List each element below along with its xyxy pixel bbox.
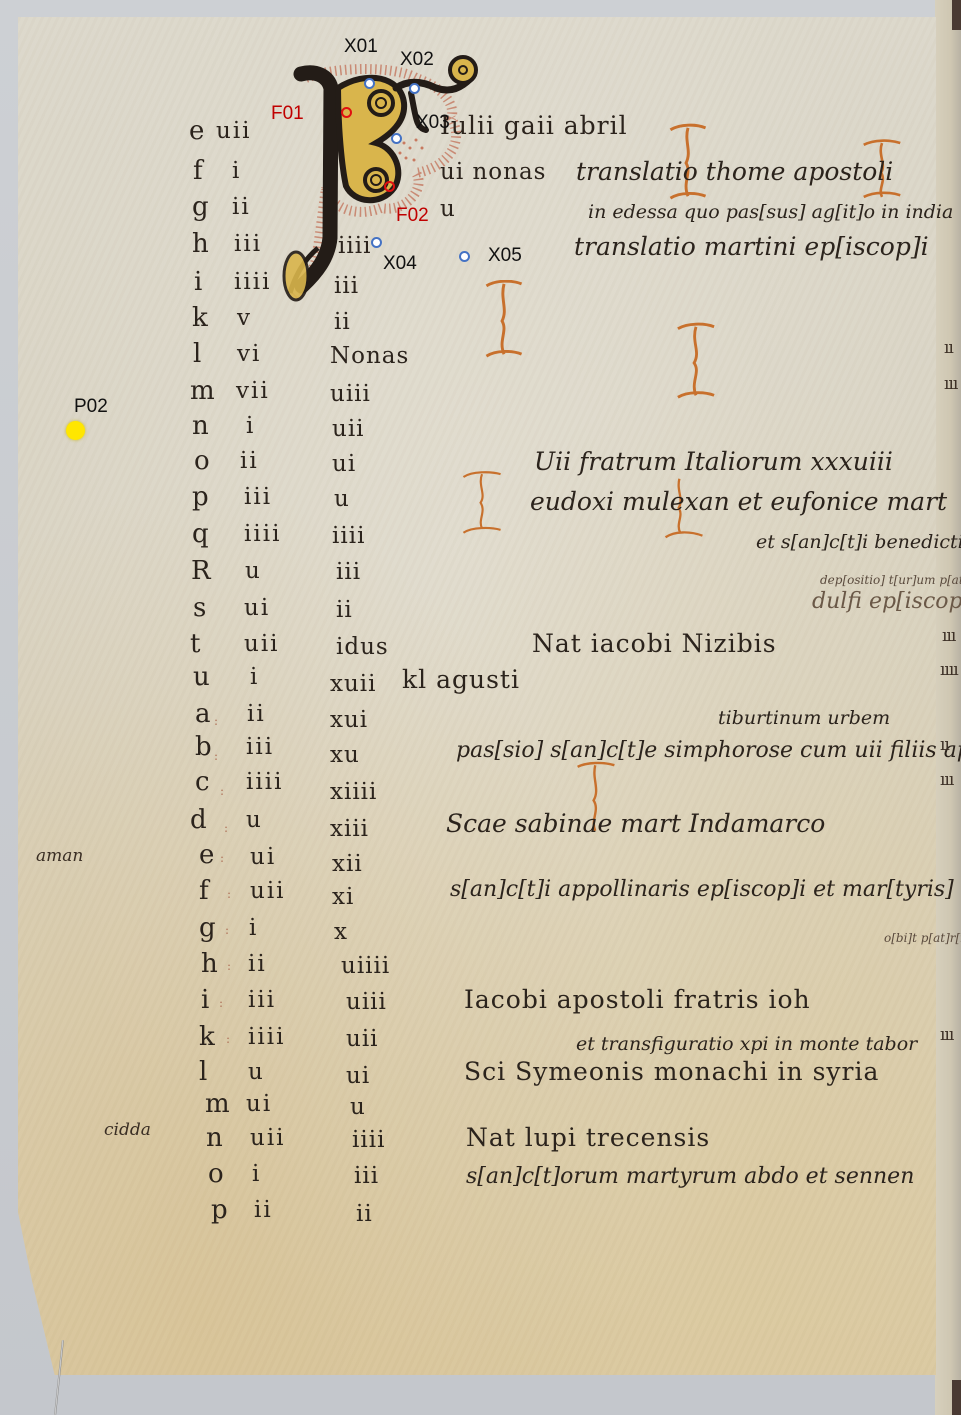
epact-number: i [252, 1160, 261, 1188]
rubric-dots: : [227, 960, 231, 972]
feast-entry: s[an]c[t]i appollinaris ep[iscop]i et ma… [450, 876, 961, 904]
roman-day: uiii [330, 380, 371, 408]
margin-note-left: aman [36, 846, 83, 866]
feast-entry: s[an]c[t]orum martyrum abdo et sennen [466, 1163, 914, 1191]
roman-day: u [440, 195, 456, 223]
rubric-dots: : [214, 750, 218, 762]
point-marker-x03[interactable] [391, 133, 402, 144]
dominical-letter: n [206, 1124, 224, 1152]
roman-day: iiii [332, 522, 365, 550]
epact-number: iii [248, 986, 276, 1014]
dominical-letter: u [193, 663, 211, 691]
roman-day: ii [336, 596, 353, 624]
dominical-letter: c [195, 768, 211, 796]
rubric-dots: : [220, 852, 224, 864]
rubric-dots: : [214, 715, 218, 727]
next-leaf-text: ıı [940, 735, 949, 755]
epact-number: ii [247, 700, 266, 728]
dominical-letter: k [199, 1023, 216, 1051]
rubric-dots: : [227, 888, 231, 900]
roman-day: xiii [330, 815, 369, 843]
feast-entry: Nat iacobi Nizibis [532, 630, 777, 658]
feast-entry: et s[an]c[t]i benedicti mo [756, 528, 961, 556]
point-label-x03: X03 [416, 113, 450, 133]
dominical-letter: m [205, 1090, 231, 1118]
epact-number: iiii [246, 768, 283, 796]
feast-entry: translatio thome apostoli [576, 158, 893, 186]
next-leaf-text: ıı [944, 338, 953, 358]
feast-entry: tiburtinum urbem [718, 704, 890, 732]
margin-note-left: cidda [104, 1120, 151, 1140]
epact-number: iiii [244, 520, 281, 548]
roman-day: uiiii [341, 952, 390, 980]
dominical-letter: e [189, 117, 205, 145]
roman-day: xi [332, 883, 354, 911]
dominical-letter: i [194, 268, 203, 296]
epact-number: ii [240, 447, 259, 475]
epact-number: ui [246, 1090, 272, 1118]
epact-number: u [248, 1058, 265, 1086]
epact-number: uii [244, 630, 280, 658]
binding-strip-bottom [952, 1380, 961, 1415]
epact-number: ui [250, 843, 276, 871]
feast-entry: pas[sio] s[an]c[t]e simphorose cum uii f… [456, 737, 961, 765]
margin-note-right: dulfi ep[iscop]i [812, 588, 961, 616]
epact-number: uii [216, 117, 252, 145]
dominical-letter: d [190, 806, 208, 834]
roman-day: uii [346, 1025, 379, 1053]
roman-day: ui [332, 450, 356, 478]
epact-number: iiii [234, 268, 271, 296]
epact-number: i [249, 914, 258, 942]
epact-number: vi [237, 340, 261, 368]
dominical-letter: o [194, 447, 211, 475]
dominical-letter: a [195, 700, 212, 728]
rubric-dots: : [225, 924, 229, 936]
roman-day: iii [336, 558, 361, 586]
rubric-dots: : [220, 785, 224, 797]
roman-day: xui [330, 706, 368, 734]
point-marker-p02[interactable] [66, 421, 85, 440]
dominical-letter: p [211, 1196, 229, 1224]
roman-day: x [334, 918, 348, 946]
next-leaf-text: ıııı [940, 660, 958, 680]
point-label-f01: F01 [271, 104, 304, 124]
dominical-letter: g [199, 914, 217, 942]
roman-day: iiii [338, 232, 371, 260]
roman-day: Nonas [330, 342, 409, 370]
point-marker-x02[interactable] [409, 83, 420, 94]
feast-entry: Iacobi apostoli fratris ioh [464, 986, 811, 1014]
epact-number: ii [232, 193, 251, 221]
dominical-letter: m [190, 377, 216, 405]
epact-number: u [246, 806, 263, 834]
rubric-i-5 [462, 462, 502, 542]
roman-day: xu [330, 741, 360, 769]
dominical-letter: t [190, 630, 201, 658]
roman-day: iiii [352, 1126, 385, 1154]
dominical-letter: h [192, 230, 210, 258]
dominical-letter: q [192, 520, 210, 548]
dominical-letter: p [192, 483, 210, 511]
feast-entry: in edessa quo pas[sus] ag[it]o in india [588, 198, 953, 226]
epact-number: iiii [248, 1023, 285, 1051]
epact-number: iii [246, 733, 274, 761]
roman-day: ui nonas [440, 158, 546, 186]
dominical-letter: k [192, 304, 209, 332]
roman-day: xiiii [330, 778, 377, 806]
feast-entry: Sci Symeonis monachi in syria [464, 1058, 879, 1086]
roman-day: u [350, 1093, 366, 1121]
next-leaf-text: ııı [940, 1025, 953, 1045]
dominical-letter: n [192, 412, 210, 440]
roman-day: iii [334, 272, 359, 300]
epact-number: uii [250, 1124, 286, 1152]
feast-entry: translatio martini ep[iscop]i [574, 233, 929, 261]
point-marker-f01[interactable] [341, 107, 352, 118]
point-label-f02: F02 [396, 206, 429, 226]
roman-day: idus [336, 633, 389, 661]
epact-number: ii [248, 950, 267, 978]
rubric-dots: : [219, 997, 223, 1009]
point-label-p02: P02 [74, 397, 108, 417]
dominical-letter: s [193, 594, 207, 622]
point-label-x01: X01 [344, 37, 378, 57]
epact-number: v [237, 304, 252, 332]
roman-day: ii [334, 308, 351, 336]
epact-number: iii [234, 230, 262, 258]
rubric-i-4 [676, 322, 716, 402]
point-marker-x05[interactable] [459, 251, 470, 262]
dominical-letter: b [195, 733, 213, 761]
epact-number: i [246, 412, 255, 440]
dominical-letter: i [201, 986, 210, 1014]
point-label-x02: X02 [400, 50, 434, 70]
epact-number: ui [244, 594, 270, 622]
next-leaf-text: ııı [942, 626, 955, 646]
binding-strip-top [952, 0, 961, 30]
epact-number: vii [236, 377, 270, 405]
point-marker-f02[interactable] [384, 181, 395, 192]
epact-number: u [245, 557, 262, 585]
epact-number: ii [254, 1196, 273, 1224]
point-marker-x01[interactable] [364, 78, 375, 89]
point-label-x04: X04 [383, 254, 417, 274]
dominical-letter: h [201, 950, 219, 978]
epact-number: i [250, 663, 259, 691]
feast-entry: et transfiguratio xpi in monte tabor [576, 1030, 917, 1058]
feast-entry: kl agusti [402, 666, 520, 694]
roman-day: xii [332, 850, 363, 878]
margin-note-right: o[bi]t p[at]r[is] [884, 924, 961, 952]
feast-entry: Iulii gaii abril [440, 112, 628, 140]
roman-day: u [334, 485, 350, 513]
roman-day: ii [356, 1200, 373, 1228]
dominical-letter: o [208, 1160, 225, 1188]
rubric-i-3 [484, 280, 524, 360]
feast-entry: eudoxi mulexan et eufonice mart [530, 488, 947, 516]
feast-entry: Scae sabinae mart Indamarco [446, 810, 825, 838]
next-leaf-text: ııı [944, 374, 957, 394]
point-marker-x04[interactable] [371, 237, 382, 248]
rubric-dots: : [226, 1033, 230, 1045]
epact-number: iii [244, 483, 272, 511]
epact-number: i [232, 157, 241, 185]
feast-entry: Nat lupi trecensis [466, 1124, 710, 1152]
roman-day: iii [354, 1162, 379, 1190]
dominical-letter: g [192, 193, 210, 221]
rubric-dots: : [224, 822, 228, 834]
epact-number: uii [250, 877, 286, 905]
dominical-letter: e [199, 841, 215, 869]
dominical-letter: f [193, 157, 204, 185]
dominical-letter: l [199, 1058, 208, 1086]
dominical-letter: f [199, 877, 210, 905]
dominical-letter: R [191, 557, 212, 585]
feast-entry: Uii fratrum Italiorum xxxuiii [534, 448, 893, 476]
roman-day: xuii [330, 670, 377, 698]
point-label-x05: X05 [488, 246, 522, 266]
dominical-letter: l [193, 340, 202, 368]
next-leaf-text: ııı [940, 770, 953, 790]
roman-day: ui [346, 1062, 370, 1090]
roman-day: uiii [346, 988, 387, 1016]
roman-day: uii [332, 415, 365, 443]
